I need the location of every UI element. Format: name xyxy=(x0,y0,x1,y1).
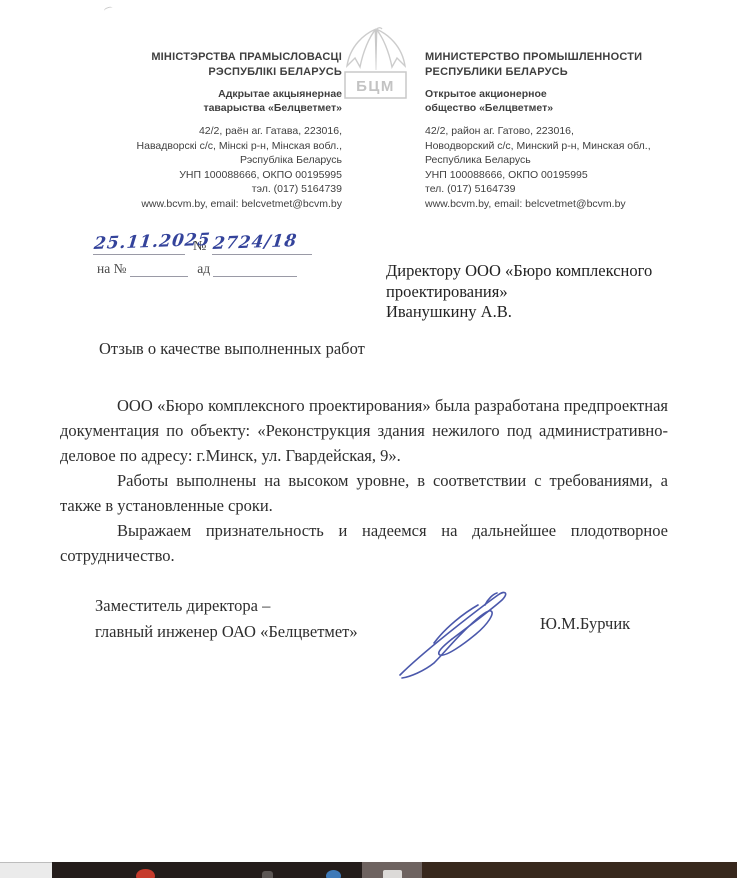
date-field: 25.11.2025 xyxy=(93,234,185,255)
address-line: Рэспубліка Беларусь xyxy=(42,153,342,168)
phone-line: тел. (017) 5164739 xyxy=(425,182,725,197)
addressee-block: Директору ООО «Бюро комплексного проекти… xyxy=(386,261,696,323)
signer-position-line: главный инженер ОАО «Белцветмет» xyxy=(95,619,358,645)
bcm-logo: БЦМ xyxy=(340,26,412,102)
logo-text: БЦМ xyxy=(356,78,395,95)
ministry-name-by: МІНІСТЭРСТВА ПРАМЫСЛОВАСЦІ xyxy=(42,50,342,65)
subject-line: Отзыв о качестве выполненных работ xyxy=(99,339,365,359)
reply-number-field xyxy=(130,262,188,277)
org-type-ru: Открытое акционерное xyxy=(425,88,725,102)
grab-claw-icon: БЦМ xyxy=(340,26,412,102)
letterhead-left: МІНІСТЭРСТВА ПРАМЫСЛОВАСЦІ РЭСПУБЛІКІ БЕ… xyxy=(42,50,342,211)
signer-position-line: Заместитель директора – xyxy=(95,593,358,619)
number-field: 2724/18 xyxy=(212,234,312,255)
reply-date-field xyxy=(213,262,297,277)
letterhead-right: МИНИСТЕРСТВО ПРОМЫШЛЕННОСТИ РЕСПУБЛИКИ Б… xyxy=(425,50,725,211)
addressee-line: Иванушкину А.В. xyxy=(386,302,696,323)
taskbar-left-segment[interactable] xyxy=(0,862,52,878)
phone-line: тэл. (017) 5164739 xyxy=(42,182,342,197)
address-line: 42/2, район аг. Гатово, 223016, xyxy=(425,124,725,139)
signer-position: Заместитель директора – главный инженер … xyxy=(95,593,358,644)
ministry-country-ru: РЕСПУБЛИКИ БЕЛАРУСЬ xyxy=(425,65,725,80)
taskbar-red-app-icon[interactable] xyxy=(136,869,155,878)
address-line: Новодворский с/с, Минский р-н, Минская о… xyxy=(425,139,725,154)
letter-body: ООО «Бюро комплексного проектирования» б… xyxy=(60,393,668,568)
addressee-line: проектирования» xyxy=(386,282,696,303)
taskbar-blue-app-icon[interactable] xyxy=(326,870,341,878)
address-line: 42/2, раён аг. Гатава, 223016, xyxy=(42,124,342,139)
address-line: Республика Беларусь xyxy=(425,153,725,168)
taskbar-dark-segment[interactable] xyxy=(52,862,362,878)
addressee-line: Директору ООО «Бюро комплексного xyxy=(386,261,696,282)
org-type-by: Адкрытае акцыянернае xyxy=(42,88,342,102)
scan-artifact xyxy=(103,6,113,14)
ministry-name-ru: МИНИСТЕРСТВО ПРОМЫШЛЕННОСТИ xyxy=(425,50,725,65)
taskbar-gray-app-icon[interactable] xyxy=(262,871,273,878)
paragraph: Выражаем признательность и надеемся на д… xyxy=(60,518,668,568)
ministry-country-by: РЭСПУБЛІКІ БЕЛАРУСЬ xyxy=(42,65,342,80)
reply-reference-line: на № ад xyxy=(97,261,297,277)
org-name-ru: общество «Белцветмет» xyxy=(425,102,725,116)
address-line: УНП 100088666, ОКПО 00195995 xyxy=(425,168,725,183)
address-line: Навадворскі с/с, Мінскі р-н, Мінская воб… xyxy=(42,139,342,154)
org-name-by: таварыства «Белцветмет» xyxy=(42,102,342,116)
reference-line: 25.11.2025№2724/18 xyxy=(93,234,353,260)
taskbar-window-icon[interactable] xyxy=(383,870,402,878)
taskbar[interactable] xyxy=(0,862,737,878)
website-email-line: www.bcvm.by, email: belcvetmet@bcvm.by xyxy=(425,197,725,212)
document-page: МІНІСТЭРСТВА ПРАМЫСЛОВАСЦІ РЭСПУБЛІКІ БЕ… xyxy=(0,0,737,862)
address-line: УНП 100088666, ОКПО 00195995 xyxy=(42,168,342,183)
paragraph: ООО «Бюро комплексного проектирования» б… xyxy=(60,393,668,468)
handwritten-signature xyxy=(392,585,532,680)
paragraph: Работы выполнены на высоком уровне, в со… xyxy=(60,468,668,518)
handwritten-number: 2724/18 xyxy=(212,231,298,254)
reply-from-label: ад xyxy=(197,261,210,276)
screen: МІНІСТЭРСТВА ПРАМЫСЛОВАСЦІ РЭСПУБЛІКІ БЕ… xyxy=(0,0,737,878)
handwritten-date: 25.11.2025 xyxy=(93,230,212,254)
taskbar-right-segment[interactable] xyxy=(422,862,737,878)
signer-name: Ю.М.Бурчик xyxy=(540,614,630,634)
website-email-line: www.bcvm.by, email: belcvetmet@bcvm.by xyxy=(42,197,342,212)
reply-prefix-label: на № xyxy=(97,261,126,276)
